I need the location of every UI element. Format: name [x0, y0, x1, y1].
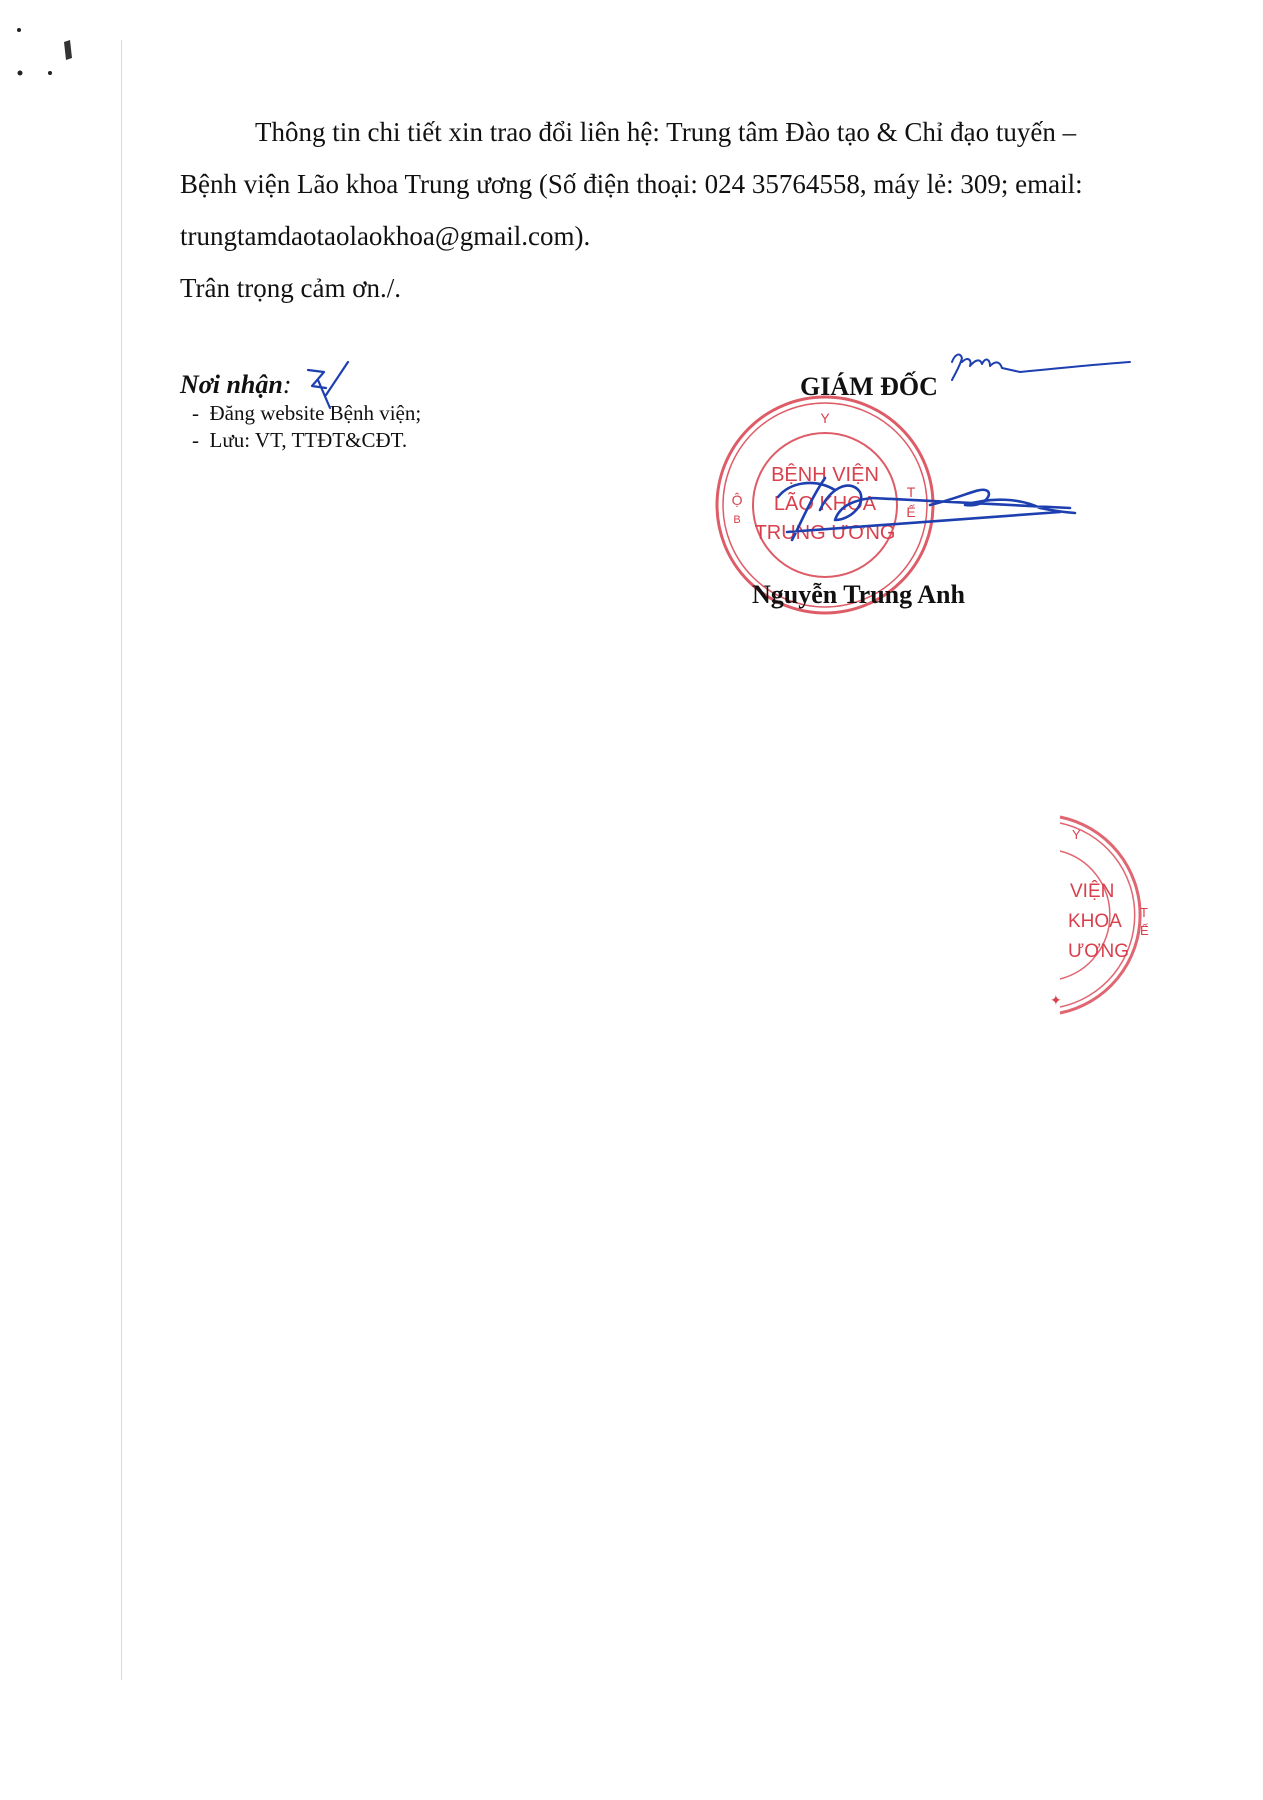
body-paragraph-2: Bệnh viện Lão khoa Trung ương (Số điện t…: [180, 158, 1083, 210]
scan-specks: [0, 0, 90, 80]
approval-initial-icon: [952, 355, 1130, 380]
stamp-line: BỆNH VIỆN: [771, 463, 879, 486]
recipients-block: Nơi nhận: Đăng website Bệnh viện; Lưu: V…: [180, 370, 421, 454]
stamp-ring-letter: Y: [1072, 827, 1081, 842]
closing-text: Trân trọng cảm ơn./.: [180, 262, 401, 314]
stamp-partial-line: KHOA: [1068, 911, 1122, 932]
stamp-star-icon: ✦: [1050, 992, 1062, 1008]
stamp-line: TRUNG ƯƠNG: [755, 522, 896, 544]
body-paragraph-1: Thông tin chi tiết xin trao đổi liên hệ:…: [255, 106, 1076, 158]
recipients-title: Nơi nhận:: [180, 370, 421, 400]
stamp-line: LÃO KHOA: [774, 491, 877, 515]
recipients-colon: :: [283, 370, 292, 399]
stamp-partial-line: ƯƠNG: [1068, 941, 1129, 962]
signer-name: Nguyễn Trung Anh: [752, 580, 965, 610]
recipient-item: Đăng website Bệnh viện;: [192, 400, 421, 427]
stamp-ring-letter: Ộ: [732, 492, 743, 508]
stamp-ring-letter: T: [1140, 905, 1148, 920]
director-signature-icon: [778, 478, 1075, 540]
stamp-partial-line: VIỆN: [1070, 880, 1114, 902]
stamp-ring-letter: T: [907, 484, 916, 500]
recipients-list: Đăng website Bệnh viện; Lưu: VT, TTĐT&CĐ…: [180, 400, 421, 454]
stamp-partial: Y VIỆN KHOA ƯƠNG T Ế ✦: [1050, 817, 1149, 1013]
stamp-ring-letter: Ế: [906, 504, 915, 520]
stamp-ring-letter: B: [733, 514, 740, 526]
signer-title: GIÁM ĐỐC: [800, 372, 938, 402]
stamp-ring-letter: Y: [820, 410, 830, 426]
page-margin-line: [121, 40, 122, 1680]
stamp-ring-letter: Ế: [1140, 923, 1149, 938]
recipients-title-text: Nơi nhận: [180, 370, 283, 399]
contact-email: trungtamdaotaolaokhoa@gmail.com).: [180, 210, 590, 262]
recipient-item: Lưu: VT, TTĐT&CĐT.: [192, 427, 421, 454]
